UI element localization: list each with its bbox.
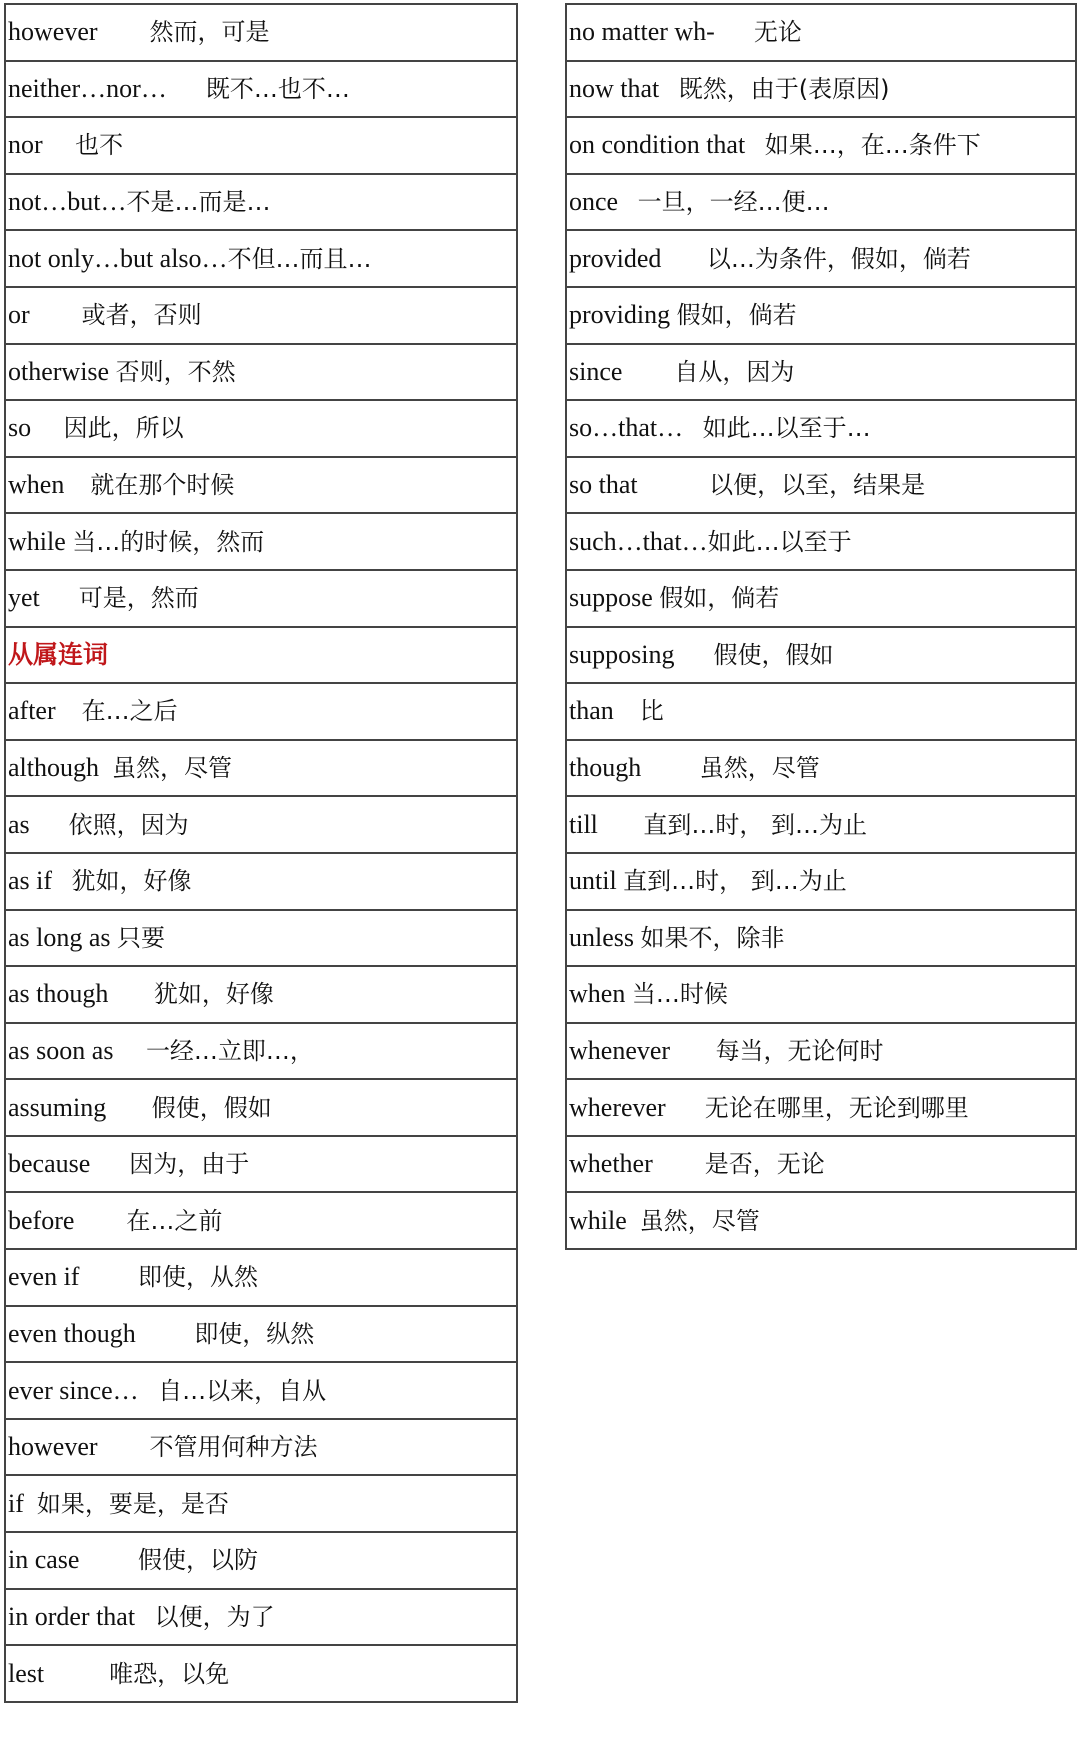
spacer [64,470,90,499]
vocab-row: lest 唯恐，以免 [5,1645,517,1702]
chinese-meaning: 不但…而且… [228,245,372,273]
vocab-row: till 直到…时， 到…为止 [566,796,1076,853]
chinese-meaning: 虽然，尽管 [640,1207,760,1235]
english-term: otherwise [8,357,109,386]
spacer [622,357,674,386]
spacer [614,696,640,725]
english-term: even if [8,1262,79,1291]
chinese-meaning: 在…之前 [126,1207,222,1235]
chinese-meaning: 以便，为了 [155,1603,275,1631]
spacer [659,74,679,103]
chinese-meaning: 只要 [117,924,165,952]
spacer [666,1093,705,1122]
spacer [90,1149,129,1178]
vocab-row: providing 假如，倘若 [566,287,1076,344]
english-term: as soon as [8,1036,113,1065]
chinese-meaning: 否则，不然 [116,358,236,386]
spacer [135,1602,155,1631]
chinese-meaning: 是否，无论 [705,1150,825,1178]
english-term: whenever [569,1036,670,1065]
spacer [44,1659,109,1688]
english-term: since [569,357,622,386]
chinese-meaning: 即使，从然 [138,1263,258,1291]
spacer [108,979,154,1008]
section-header-row: 从属连词 [5,627,517,684]
english-term: on condition that [569,130,745,159]
english-term: so…that… [569,413,683,442]
spacer [136,1319,195,1348]
english-term: as if [8,866,52,895]
vocab-row: as though 犹如，好像 [5,966,517,1023]
english-term: once [569,187,618,216]
spacer [715,17,754,46]
chinese-meaning: 可是，然而 [79,584,199,612]
english-term: as [8,810,30,839]
vocab-row: supposing 假使，假如 [566,627,1076,684]
vocab-row: such…that…如此…以至于 [566,513,1076,570]
spacer [618,187,638,216]
spacer [24,1489,37,1518]
spacer [745,130,765,159]
english-term: however [8,1432,98,1461]
vocab-row: wherever 无论在哪里，无论到哪里 [566,1079,1076,1136]
english-term: ever since… [8,1376,139,1405]
chinese-meaning: 犹如，好像 [72,867,192,895]
spacer [598,810,644,839]
right-vocab-table: no matter wh- 无论now that 既然，由于(表原因)on co… [565,3,1077,1250]
english-term: while [8,527,66,556]
english-term: not only…but also… [8,244,228,273]
english-term: even though [8,1319,136,1348]
spacer [167,74,206,103]
chinese-meaning: 既不…也不… [206,75,350,103]
chinese-meaning: 假使，假如 [713,641,833,669]
left-vocab-table: however 然而，可是neither…nor… 既不…也不…nor 也不no… [4,3,518,1703]
chinese-meaning: 即使，纵然 [194,1320,314,1348]
vocab-row: when 当…时候 [566,966,1076,1023]
chinese-meaning: 自…以来，自从 [158,1377,326,1405]
english-term: supposing [569,640,674,669]
vocab-row: once 一旦，一经…便… [566,174,1076,231]
english-term: no matter wh- [569,17,715,46]
vocab-row: so…that… 如此…以至于… [566,400,1076,457]
spacer [30,810,69,839]
english-term: such…that… [569,527,708,556]
vocab-row: ever since… 自…以来，自从 [5,1362,517,1419]
chinese-meaning: 如果，要是，是否 [37,1490,229,1518]
vocab-row: as soon as 一经…立即…， [5,1023,517,1080]
vocab-row: whether 是否，无论 [566,1136,1076,1193]
vocab-row: provided 以…为条件，假如，倘若 [566,230,1076,287]
chinese-meaning: 因为，由于 [129,1150,249,1178]
vocab-row: so 因此，所以 [5,400,517,457]
chinese-meaning: 就在那个时候 [90,471,234,499]
spacer [79,1545,138,1574]
chinese-meaning: 自从，因为 [674,358,794,386]
english-term: nor [8,130,43,159]
spacer [56,696,82,725]
chinese-meaning: 不是…而是… [126,188,270,216]
spacer [74,1206,126,1235]
english-term: while [569,1206,627,1235]
vocab-row: however 不管用何种方法 [5,1419,517,1476]
chinese-meaning: 以…为条件，假如，倘若 [707,245,971,273]
vocab-row: on condition that 如果…，在…条件下 [566,117,1076,174]
vocab-row: assuming 假使，假如 [5,1079,517,1136]
english-term: suppose [569,583,653,612]
vocab-row: no matter wh- 无论 [566,4,1076,61]
chinese-meaning: 每当，无论何时 [716,1037,884,1065]
spacer [627,1206,640,1235]
chinese-meaning: 直到…时， 到…为止 [623,867,847,895]
english-term: neither…nor… [8,74,167,103]
vocab-row: because 因为，由于 [5,1136,517,1193]
english-term: when [8,470,64,499]
vocab-row: though 虽然，尽管 [566,740,1076,797]
section-title: 从属连词 [8,640,108,669]
vocab-row: otherwise 否则，不然 [5,344,517,401]
spacer [670,1036,716,1065]
spacer [98,17,150,46]
vocab-row: even though 即使，纵然 [5,1306,517,1363]
english-term: before [8,1206,74,1235]
chinese-meaning: 如此…以至于… [703,414,871,442]
chinese-meaning: 当…时候 [632,980,728,1008]
chinese-meaning: 虽然，尽管 [700,754,820,782]
chinese-meaning: 或者，否则 [82,301,202,329]
english-term: because [8,1149,90,1178]
chinese-meaning: 无论在哪里，无论到哪里 [705,1094,969,1122]
chinese-meaning: 无论 [754,18,802,46]
english-term: now that [569,74,659,103]
english-term: whether [569,1149,653,1178]
english-term: in order that [8,1602,135,1631]
english-term: yet [8,583,40,612]
english-term: till [569,810,598,839]
spacer [30,300,82,329]
english-term: in case [8,1545,79,1574]
chinese-meaning: 一旦，一经…便… [638,188,830,216]
vocab-row: in order that 以便，为了 [5,1589,517,1646]
vocab-row: as long as 只要 [5,910,517,967]
chinese-meaning: 因此，所以 [64,414,184,442]
vocab-row: while 当…的时候，然而 [5,513,517,570]
vocab-row: not only…but also…不但…而且… [5,230,517,287]
vocab-row: suppose 假如，倘若 [566,570,1076,627]
chinese-meaning: 假使，以防 [138,1546,258,1574]
spacer [106,1093,152,1122]
spacer [52,866,72,895]
english-term: unless [569,923,634,952]
vocab-row: even if 即使，从然 [5,1249,517,1306]
spacer [641,753,700,782]
spacer [139,1376,159,1405]
spacer [653,1149,705,1178]
chinese-meaning: 如果不，除非 [641,924,785,952]
vocab-row: than 比 [566,683,1076,740]
english-term: so [8,413,31,442]
chinese-meaning: 如此…以至于 [708,528,852,556]
chinese-meaning: 然而，可是 [150,18,270,46]
vocab-row: after 在…之后 [5,683,517,740]
chinese-meaning: 当…的时候，然而 [72,528,264,556]
english-term: although [8,753,99,782]
chinese-meaning: 不管用何种方法 [150,1433,318,1461]
vocab-row: while 虽然，尽管 [566,1192,1076,1249]
spacer [638,470,710,499]
english-term: however [8,17,98,46]
chinese-meaning: 依照，因为 [69,811,189,839]
english-term: so that [569,470,638,499]
vocab-row: neither…nor… 既不…也不… [5,61,517,118]
english-term: not…but… [8,187,126,216]
english-term: wherever [569,1093,666,1122]
spacer [99,753,112,782]
chinese-meaning: 在…之后 [82,697,178,725]
vocab-row: since 自从，因为 [566,344,1076,401]
english-term: though [569,753,641,782]
chinese-meaning: 唯恐，以免 [109,1660,229,1688]
chinese-meaning: 犹如，好像 [154,980,274,1008]
chinese-meaning: 以便，以至，结果是 [709,471,925,499]
vocab-row: until 直到…时， 到…为止 [566,853,1076,910]
spacer [113,1036,146,1065]
chinese-meaning: 直到…时， 到…为止 [643,811,867,839]
chinese-meaning: 如果…，在…条件下 [765,131,981,159]
vocab-row: nor 也不 [5,117,517,174]
english-term: as long as [8,923,111,952]
vocab-row: or 或者，否则 [5,287,517,344]
spacer [683,413,703,442]
vocab-row: unless 如果不，除非 [566,910,1076,967]
vocab-row: when 就在那个时候 [5,457,517,514]
english-term: if [8,1489,24,1518]
english-term: assuming [8,1093,106,1122]
english-term: after [8,696,56,725]
vocab-row: so that 以便，以至，结果是 [566,457,1076,514]
spacer [674,640,713,669]
english-term: when [569,979,625,1008]
vocab-row: if 如果，要是，是否 [5,1475,517,1532]
chinese-meaning: 假如，倘若 [659,584,779,612]
vocab-row: in case 假使，以防 [5,1532,517,1589]
spacer [43,130,76,159]
vocab-row: as if 犹如，好像 [5,853,517,910]
spacer [661,244,707,273]
vocab-row: although 虽然，尽管 [5,740,517,797]
english-term: providing [569,300,670,329]
spacer [79,1262,138,1291]
vocab-row: whenever 每当，无论何时 [566,1023,1076,1080]
english-term: as though [8,979,108,1008]
chinese-meaning: 比 [640,697,664,725]
chinese-meaning: 既然，由于(表原因) [679,75,890,103]
chinese-meaning: 一经…立即…， [146,1037,314,1065]
english-term: until [569,866,617,895]
english-term: lest [8,1659,44,1688]
chinese-meaning: 假如，倘若 [677,301,797,329]
vocab-row: now that 既然，由于(表原因) [566,61,1076,118]
chinese-meaning: 假使，假如 [152,1094,272,1122]
vocab-row: yet 可是，然而 [5,570,517,627]
english-term: or [8,300,30,329]
chinese-meaning: 也不 [75,131,123,159]
vocab-row: however 然而，可是 [5,4,517,61]
english-term: than [569,696,614,725]
chinese-meaning: 虽然，尽管 [112,754,232,782]
spacer [31,413,64,442]
spacer [98,1432,150,1461]
vocab-row: before 在…之前 [5,1192,517,1249]
vocab-row: as 依照，因为 [5,796,517,853]
spacer [40,583,79,612]
english-term: provided [569,244,661,273]
vocab-row: not…but…不是…而是… [5,174,517,231]
